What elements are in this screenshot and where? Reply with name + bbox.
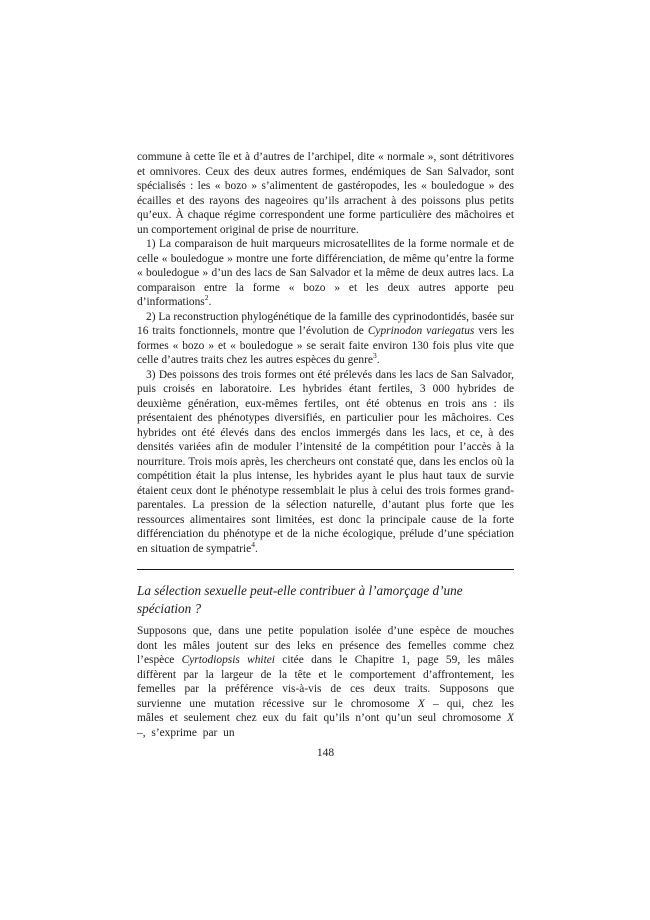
paragraph: 3) Des poissons des trois formes ont été… — [137, 368, 514, 557]
section-heading: La sélection sexuelle peut-elle contribu… — [137, 582, 514, 618]
paragraph: Supposons que, dans une petite populatio… — [137, 624, 514, 740]
page-number: 148 — [137, 746, 514, 760]
body-paragraphs: commune à cette île et à d’autres de l’a… — [137, 150, 514, 556]
section-divider — [137, 569, 514, 570]
paragraph: 1) La comparaison de huit marqueurs micr… — [137, 237, 514, 310]
page-body: commune à cette île et à d’autres de l’a… — [137, 150, 514, 760]
paragraph: commune à cette île et à d’autres de l’a… — [137, 150, 514, 237]
section-paragraphs: Supposons que, dans une petite populatio… — [137, 624, 514, 740]
paragraph: 2) La reconstruction phylogénétique de l… — [137, 310, 514, 368]
